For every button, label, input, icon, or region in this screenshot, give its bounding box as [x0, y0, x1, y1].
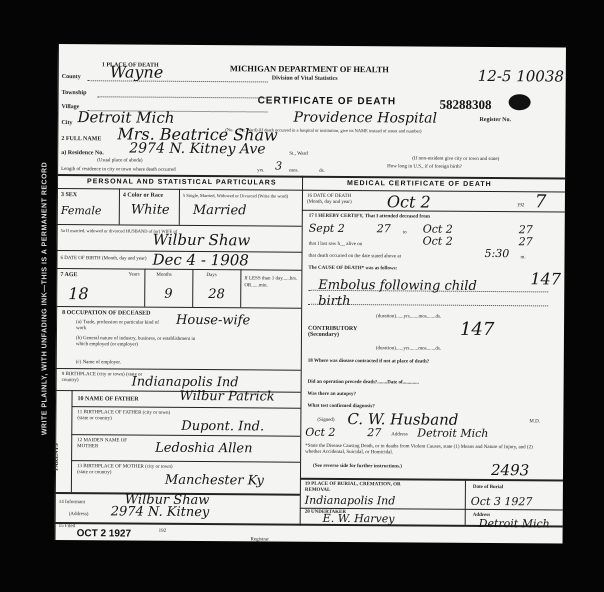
dod-year-prefix: 192	[517, 203, 525, 208]
mother-birthplace-value: Manchester Ky	[165, 473, 264, 489]
dod-year-value: 7	[535, 191, 547, 212]
to-label: to	[403, 230, 407, 235]
full-name-label: 2 FULL NAME	[61, 136, 101, 142]
occurred-label: that death occurred on the date stated a…	[309, 254, 402, 260]
margin-text: WRITE PLAINLY, WITH UNFADING INK—THIS IS…	[42, 89, 49, 509]
certify-label: 17 I HEREBY CERTIFY, That I attended dec…	[309, 214, 430, 220]
marital-label: 5 Single, Married, Widowed or Divorced (…	[183, 193, 288, 199]
informant-address-value: 2974 N. Kitney	[111, 504, 210, 520]
cause-value: Embolus following child birth	[318, 278, 478, 311]
length-residence-value: 3	[275, 160, 282, 173]
margin-instruction: WRITE PLAINLY, WITH UNFADING INK—THIS IS…	[35, 95, 53, 515]
burial-date-value: Oct 3 1927	[471, 495, 533, 508]
physician-address-value: Detroit Mich	[417, 427, 488, 440]
county-value: Wayne	[110, 62, 164, 81]
mother-name-label: 12 MAIDEN NAME OF MOTHER	[77, 438, 137, 450]
attended-from-year: 27	[377, 222, 391, 235]
physician-address-label: Address	[391, 432, 407, 437]
dod-value: Oct 2	[387, 192, 431, 211]
cause-label: The CAUSE OF DEATH* was as follows:	[308, 266, 397, 272]
certificate-title: CERTIFICATE OF DEATH	[258, 95, 397, 107]
st-ward-label: St., Ward	[289, 152, 308, 157]
father-value: Wilbur Patrick	[179, 389, 274, 405]
years-label: Years	[128, 272, 139, 277]
code-2493: 2493	[491, 461, 529, 479]
length-unit-ds: ds.	[319, 169, 325, 174]
sex-value: Female	[61, 204, 102, 217]
parents-side-label: PARENTS	[54, 443, 60, 471]
months-label: Months	[156, 273, 171, 278]
father-birthplace-label: 11 BIRTHPLACE OF FATHER (city or town) (…	[77, 410, 177, 423]
residence-label: a) Residence No.	[61, 150, 104, 156]
diagnosis-label: What test confirmed diagnosis?	[307, 404, 374, 409]
registrar-label: Registrar	[251, 537, 269, 542]
personal-heading: PERSONAL AND STATISTICAL PARTICULARS	[87, 178, 277, 186]
mother-birthplace-label: 13 BIRTHPLACE OF MOTHER (city or town) (…	[77, 464, 177, 477]
occupation-b-label: (b) General nature of industry, business…	[76, 336, 196, 349]
burial-place-value: Indianapolis Ind	[305, 494, 396, 508]
filed-label: 15 Filed	[59, 524, 76, 529]
residence-sub-label: (Usual place of abode)	[97, 158, 142, 163]
foreign-birth-label: How long in U.S., if of foreign birth?	[387, 164, 462, 170]
county-label: County	[62, 74, 81, 80]
duration-label-1: (duration)......yrs.......mos.......ds.	[376, 314, 441, 319]
cause-code-1: 147	[530, 269, 561, 288]
undertaker-address-value: Detroit Mich	[479, 517, 550, 530]
register-label: Register No.	[479, 117, 511, 123]
mother-name-value: Ledoshia Allen	[155, 441, 252, 457]
operation-label: Did an operation precede death?........D…	[308, 380, 419, 386]
division-label: Division of Vital Statistics	[272, 75, 338, 81]
last-saw-label: that I last saw h__ alive on	[309, 242, 363, 247]
autopsy-label: Was there an autopsy?	[308, 392, 356, 397]
register-number: 58288308	[440, 97, 492, 113]
contributory-code: 147	[460, 319, 495, 340]
sign-year-value: 27	[367, 426, 381, 439]
contributory-label: CONTRIBUTORY (Secondary)	[308, 326, 378, 338]
filed-year-label: 192	[159, 529, 167, 534]
attended-from-value: Sept 2	[309, 222, 345, 235]
dob-label: 6 DATE OF BIRTH (Month, day and year)	[60, 256, 146, 262]
age-months-value: 9	[164, 287, 172, 302]
race-value: White	[131, 203, 170, 218]
days-label: Days	[206, 273, 216, 278]
informant-address-label: (Address)	[69, 512, 89, 517]
father-birthplace-value: Dupont. Ind.	[181, 419, 264, 435]
burial-date-label: Date of Burial	[473, 485, 503, 490]
medical-heading: MEDICAL CERTIFICATE OF DEATH	[347, 180, 492, 188]
burial-label: 19 PLACE OF BURIAL, CREMATION, OR REMOVA…	[305, 482, 425, 495]
age-days-value: 28	[208, 287, 225, 302]
occupation-label: 8 OCCUPATION OF DECEASED	[62, 310, 150, 317]
length-unit-mos: mos.	[289, 169, 299, 174]
last-saw-value: Oct 2	[423, 235, 453, 248]
sign-date-value: Oct 2	[305, 426, 335, 439]
death-certificate: MICHIGAN DEPARTMENT OF HEALTH Division o…	[55, 44, 566, 544]
undertaker-value: E. W. Harvey	[323, 512, 395, 526]
spouse-value: Wilbur Shaw	[153, 231, 251, 250]
md-label: M.D.	[529, 419, 540, 424]
age-years-value: 18	[68, 284, 88, 303]
cause-footnote: *State the Disease Causing Death, or in …	[305, 444, 537, 458]
length-unit-yrs: yrs.	[257, 168, 264, 173]
township-label: Township	[62, 90, 87, 96]
race-label: 4 Color or Race	[123, 192, 163, 198]
occupation-a-label: (a) Trade, profession or particular kind…	[76, 320, 166, 333]
father-label: 10 NAME OF FATHER	[78, 396, 139, 402]
occupation-c-label: (c) Name of employer.	[76, 360, 121, 365]
age-label: 7 AGE	[60, 272, 77, 278]
informant-label: 14 Informant	[59, 500, 85, 505]
nonresident-note: (If non-resident give city or town and s…	[412, 156, 499, 162]
length-residence-label: Length of residence in city or town wher…	[61, 167, 176, 173]
reverse-side-note: (See reverse side for further instructio…	[313, 464, 402, 470]
duration-label-2: (duration)......yrs.......mos.......ds.	[376, 346, 441, 351]
filed-date-stamp: OCT 2 1927	[77, 528, 132, 539]
ink-blot	[509, 94, 531, 110]
residence-value: 2974 N. Kitney Ave	[129, 141, 265, 158]
dod-label: 16 DATE OF DEATH (Month, day and year)	[307, 194, 367, 206]
less-than-label: If LESS than 1 day......hrs. OR......min…	[244, 275, 298, 289]
marital-value: Married	[193, 203, 247, 218]
city-label: City	[61, 120, 72, 126]
department-title: MICHIGAN DEPARTMENT OF HEALTH	[230, 63, 389, 74]
handwritten-file-number: 12-5 10038	[478, 67, 564, 86]
occupation-a-value: House-wife	[176, 313, 250, 329]
institution-value: Providence Hospital	[293, 110, 437, 127]
signed-label: (Signed)	[317, 418, 334, 423]
contracted-label: 18 Where was disease contracted if not a…	[308, 358, 468, 367]
time-of-death: 5:30	[485, 247, 510, 260]
dob-value: Dec 4 - 1908	[152, 251, 249, 270]
last-saw-year: 27	[519, 235, 533, 248]
time-suffix: m.	[521, 255, 526, 260]
sex-label: 3 SEX	[61, 192, 77, 198]
